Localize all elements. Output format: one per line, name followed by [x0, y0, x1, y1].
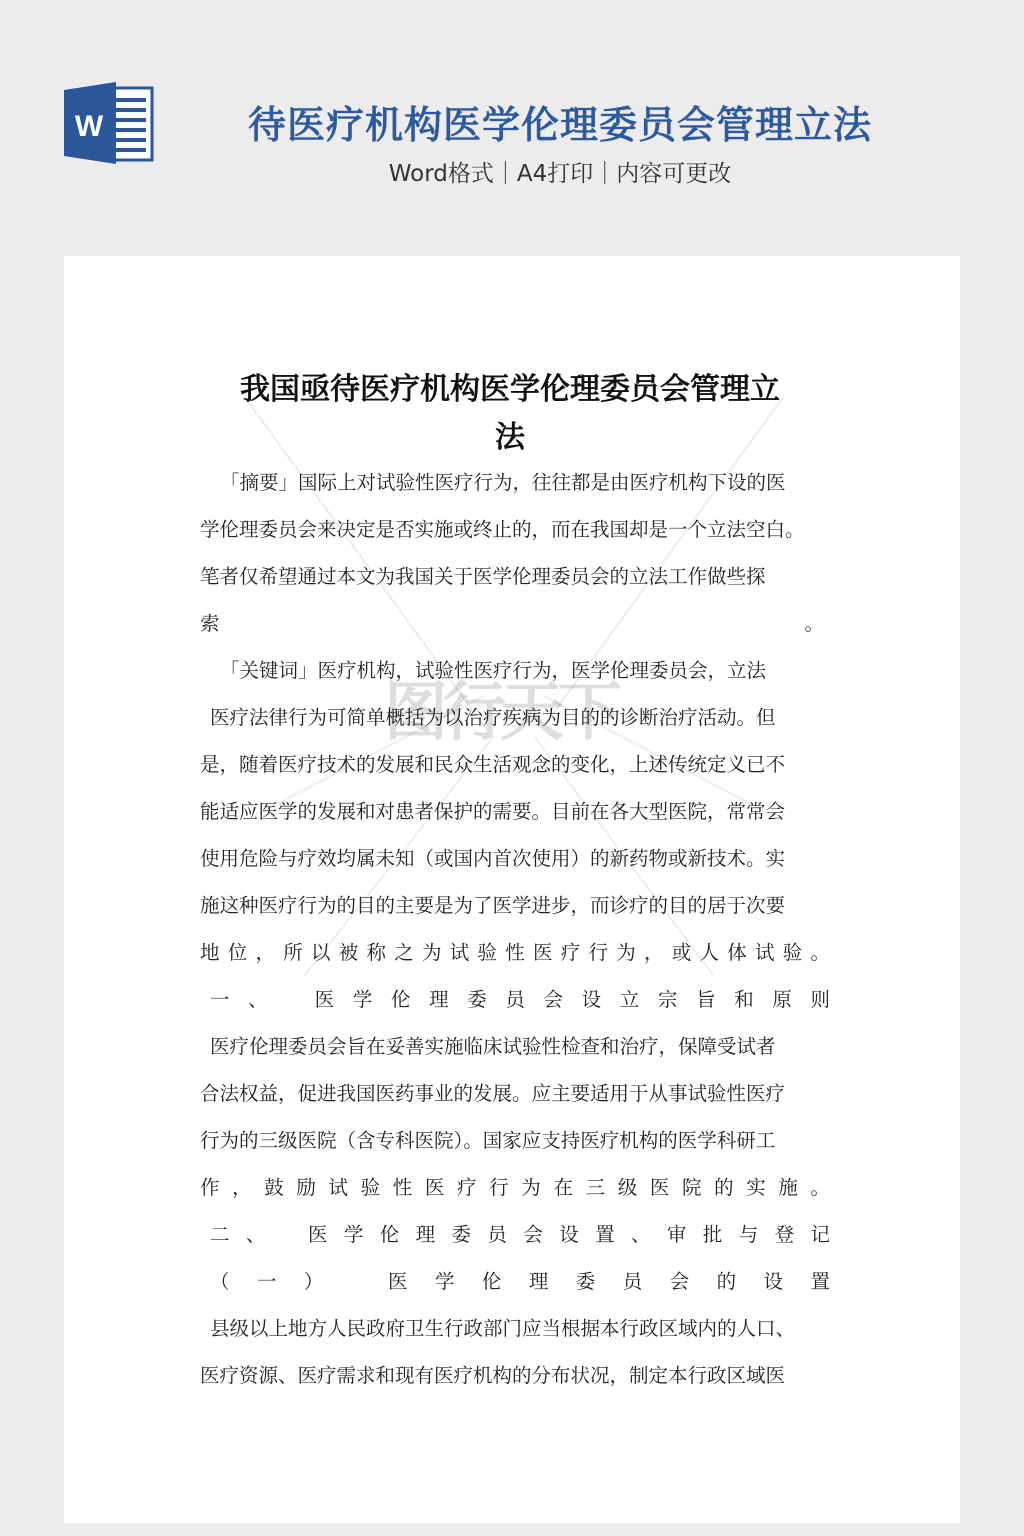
paragraph-line: 医疗资源、医疗需求和现有医疗机构的分布状况，制定本行政区域医: [200, 1352, 830, 1399]
section-heading: 二、 医学伦理委员会设置、审批与登记: [200, 1211, 830, 1258]
section-heading: 一、 医学伦理委员会设立宗旨和原则: [200, 976, 830, 1023]
word-icon: W: [64, 82, 156, 164]
paragraph-line: 县级以上地方人民政府卫生行政部门应当根据本行政区域内的人口、: [200, 1305, 830, 1352]
banner-title: 待医疗机构医学伦理委员会管理立法: [220, 94, 900, 149]
abstract-line: 「摘要」国际上对试验性医疗行为，往往都是由医疗机构下设的医: [200, 459, 830, 506]
title-line-2: 法: [200, 414, 820, 462]
title-line-1: 我国亟待医疗机构医学伦理委员会管理立: [200, 366, 820, 414]
document-body: 「摘要」国际上对试验性医疗行为，往往都是由医疗机构下设的医 学伦理委员会来决定是…: [200, 459, 830, 1399]
banner-subtitle: Word格式｜A4打印｜内容可更改: [220, 155, 900, 188]
paragraph-line: 行为的三级医院（含专科医院）。国家应支持医疗机构的医学科研工: [200, 1117, 830, 1164]
paragraph-line: 地位，所以被称之为试验性医疗行为，或人体试验。: [200, 929, 830, 976]
paragraph-line: 医疗伦理委员会旨在妥善实施临床试验性检查和治疗，保障受试者: [200, 1023, 830, 1070]
paragraph-line: 作，鼓励试验性医疗行为在三级医院的实施。: [200, 1164, 830, 1211]
abstract-line: 笔者仅希望通过本文为我国关于医学伦理委员会的立法工作做些探: [200, 553, 830, 600]
abstract-line: 学伦理委员会来决定是否实施或终止的，而在我国却是一个立法空白。: [200, 506, 830, 553]
paragraph-line: 合法权益，促进我国医药事业的发展。应主要适用于从事试验性医疗: [200, 1070, 830, 1117]
text-fragment: 索: [200, 600, 220, 647]
keywords-line: 「关键词」医疗机构，试验性医疗行为，医学伦理委员会，立法: [200, 647, 830, 694]
svg-text:W: W: [75, 110, 104, 143]
paragraph-line: 能适应医学的发展和对患者保护的需要。目前在各大型医院，常常会: [200, 788, 830, 835]
paragraph-line: 是，随着医疗技术的发展和民众生活观念的变化，上述传统定义已不: [200, 741, 830, 788]
paragraph-line: 医疗法律行为可简单概括为以治疗疾病为目的的诊断治疗活动。但: [200, 694, 830, 741]
document-title: 我国亟待医疗机构医学伦理委员会管理立 法: [200, 366, 820, 462]
paragraph-line: 施这种医疗行为的目的主要是为了医学进步，而诊疗的目的居于次要: [200, 882, 830, 929]
abstract-line: 索 。: [200, 600, 830, 647]
text-fragment: 。: [804, 600, 830, 647]
paragraph-line: 使用危险与疗效均属未知（或国内首次使用）的新药物或新技术。实: [200, 835, 830, 882]
document-page: 图行天下 我国亟待医疗机构医学伦理委员会管理立 法 「摘要」国际上对试验性医疗行…: [64, 256, 960, 1523]
subsection-heading: （一） 医学伦理委员会的设置: [200, 1258, 830, 1305]
banner-header: W 待医疗机构医学伦理委员会管理立法 Word格式｜A4打印｜内容可更改: [0, 0, 1024, 256]
